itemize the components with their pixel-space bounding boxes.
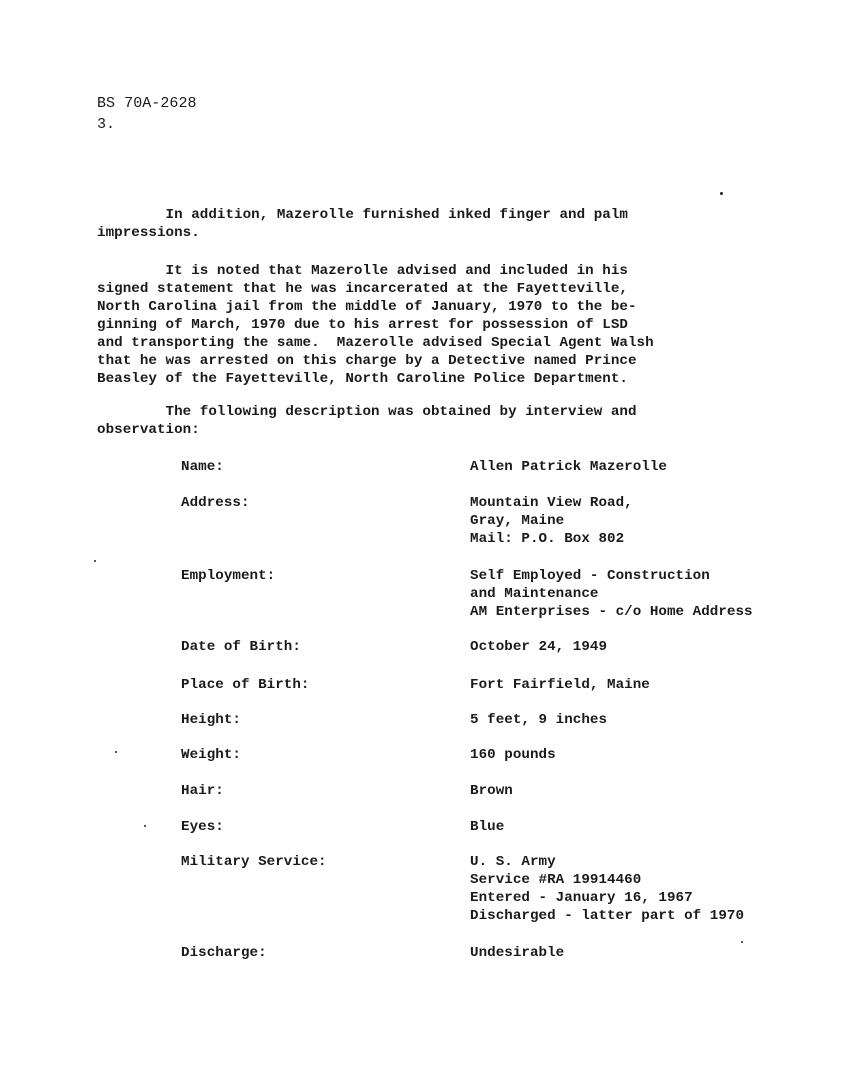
value-line: Allen Patrick Mazerolle [470, 458, 667, 476]
value-discharge: Undesirable [470, 944, 564, 962]
value-line: Self Employed - Construction [470, 567, 753, 585]
value-line: and Maintenance [470, 585, 753, 603]
value-line: Blue [470, 818, 504, 836]
label-eyes: Eyes: [181, 818, 224, 836]
document-page: BS 70A-2628 3. In addition, Mazerolle fu… [0, 0, 860, 1065]
label-employment: Employment: [181, 567, 275, 585]
value-line: Service #RA 19914460 [470, 871, 744, 889]
value-line: Discharged - latter part of 1970 [470, 907, 744, 925]
value-line: Brown [470, 782, 513, 800]
paragraph-impressions: In addition, Mazerolle furnished inked f… [97, 206, 697, 242]
scan-speck [144, 825, 146, 827]
scan-speck [741, 941, 743, 943]
value-line: 5 feet, 9 inches [470, 711, 607, 729]
value-line: Undesirable [470, 944, 564, 962]
scan-speck [94, 560, 96, 562]
label-military-service: Military Service: [181, 853, 327, 871]
value-hair: Brown [470, 782, 513, 800]
file-number: BS 70A-2628 [97, 94, 197, 113]
paragraph-line: ginning of March, 1970 due to his arrest… [97, 316, 697, 334]
label-date-of-birth: Date of Birth: [181, 638, 301, 656]
label-place-of-birth: Place of Birth: [181, 676, 309, 694]
value-employment: Self Employed - Construction and Mainten… [470, 567, 753, 621]
page-number: 3. [97, 115, 115, 134]
value-place-of-birth: Fort Fairfield, Maine [470, 676, 650, 694]
value-line: Mail: P.O. Box 802 [470, 530, 633, 548]
value-line: Fort Fairfield, Maine [470, 676, 650, 694]
value-line: Entered - January 16, 1967 [470, 889, 744, 907]
paragraph-description-intro: The following description was obtained b… [97, 403, 697, 439]
value-height: 5 feet, 9 inches [470, 711, 607, 729]
value-weight: 160 pounds [470, 746, 556, 764]
paragraph-line: signed statement that he was incarcerate… [97, 280, 697, 298]
value-line: Mountain View Road, [470, 494, 633, 512]
paragraph-line: In addition, Mazerolle furnished inked f… [97, 206, 697, 224]
paragraph-line: that he was arrested on this charge by a… [97, 352, 697, 370]
paragraph-line: observation: [97, 421, 697, 439]
value-line: AM Enterprises - c/o Home Address [470, 603, 753, 621]
scan-speck [720, 192, 723, 195]
paragraph-line: impressions. [97, 224, 697, 242]
scan-speck [115, 751, 117, 753]
value-date-of-birth: October 24, 1949 [470, 638, 607, 656]
value-line: Gray, Maine [470, 512, 633, 530]
label-address: Address: [181, 494, 250, 512]
label-height: Height: [181, 711, 241, 729]
paragraph-line: It is noted that Mazerolle advised and i… [97, 262, 697, 280]
value-military-service: U. S. Army Service #RA 19914460 Entered … [470, 853, 744, 925]
value-eyes: Blue [470, 818, 504, 836]
label-hair: Hair: [181, 782, 224, 800]
label-name: Name: [181, 458, 224, 476]
label-discharge: Discharge: [181, 944, 267, 962]
value-address: Mountain View Road, Gray, Maine Mail: P.… [470, 494, 633, 548]
value-line: U. S. Army [470, 853, 744, 871]
paragraph-line: The following description was obtained b… [97, 403, 697, 421]
paragraph-line: and transporting the same. Mazerolle adv… [97, 334, 697, 352]
value-line: October 24, 1949 [470, 638, 607, 656]
paragraph-line: Beasley of the Fayetteville, North Carol… [97, 370, 697, 388]
value-name: Allen Patrick Mazerolle [470, 458, 667, 476]
paragraph-incarceration: It is noted that Mazerolle advised and i… [97, 262, 697, 388]
label-weight: Weight: [181, 746, 241, 764]
value-line: 160 pounds [470, 746, 556, 764]
paragraph-line: North Carolina jail from the middle of J… [97, 298, 697, 316]
